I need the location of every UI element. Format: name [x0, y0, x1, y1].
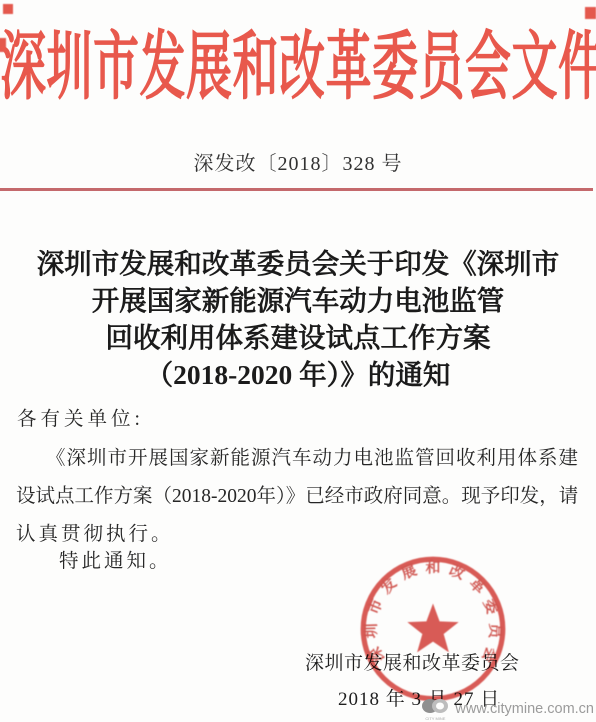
- title-line: 开展国家新能源汽车动力电池监管: [0, 282, 596, 319]
- title-line: 回收利用体系建设试点工作方案: [0, 319, 596, 356]
- document-page: 深圳市发展和改革委员会文件 深发改〔2018〕328 号 深圳市发展和改革委员会…: [0, 0, 596, 722]
- red-separator-line: [0, 188, 593, 191]
- red-letterhead-title: 深圳市发展和改革委员会文件: [0, 8, 596, 115]
- site-watermark: CITY MINE www.citymine.com.cn: [420, 698, 594, 720]
- seal-char: 圳: [363, 623, 380, 639]
- seal-star-icon: [407, 604, 458, 653]
- title-line: 深圳市发展和改革委员会关于印发《深圳市: [0, 245, 596, 282]
- citymine-logo-icon: CITY MINE: [420, 698, 450, 720]
- document-title: 深圳市发展和改革委员会关于印发《深圳市 开展国家新能源汽车动力电池监管 回收利用…: [0, 245, 596, 393]
- logo-caption: CITY MINE: [420, 716, 450, 721]
- watermark-url: www.citymine.com.cn: [455, 701, 594, 717]
- salutation: 各有关单位:: [17, 403, 144, 431]
- seal-char: 员: [486, 623, 503, 639]
- seal-char: 发: [376, 574, 400, 598]
- document-number: 深发改〔2018〕328 号: [0, 147, 596, 176]
- seal-char: 革: [466, 574, 489, 597]
- body-paragraph-line: 《深圳市开展国家新能源汽车动力电池监管回收利用体系建: [46, 442, 579, 470]
- body-paragraph-line: 设试点工作方案（2018-2020年）》已经市政府同意。现予印发，请: [16, 480, 578, 508]
- closing-phrase: 特此通知。: [59, 545, 172, 573]
- official-red-seal: 深 圳 市 发 展 和 改 革 委 员 会: [358, 554, 508, 704]
- title-line: （2018-2020 年）》的通知: [0, 356, 596, 393]
- body-paragraph-line: 认真贯彻执行。: [16, 518, 174, 546]
- seal-char: 和: [425, 558, 440, 576]
